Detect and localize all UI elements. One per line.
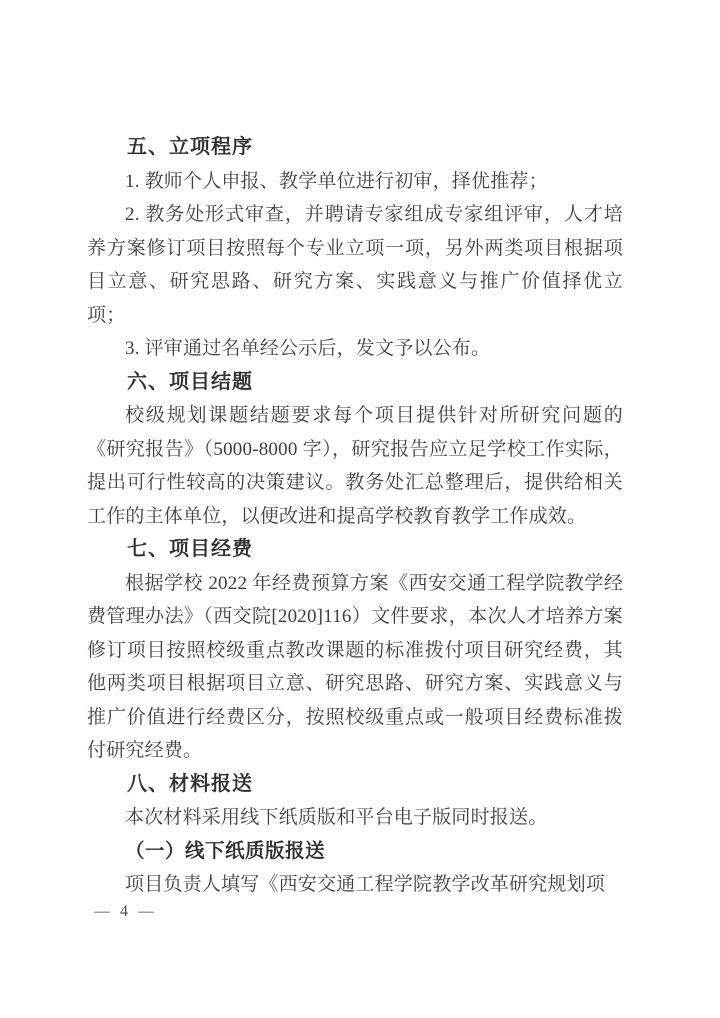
paragraph-approval-step-2: 2. 教务处形式审查，并聘请专家组成专家组评审，人才培养方案修订项目按照每个专业…: [87, 198, 623, 332]
paragraph-submission-overview: 本次材料采用线下纸质版和平台电子版同时报送。: [87, 801, 623, 835]
paragraph-approval-step-1: 1. 教师个人申报、教学单位进行初审，择优推荐；: [87, 165, 623, 199]
paragraph-conclusion-requirements: 校级规划课题结题要求每个项目提供针对所研究问题的《研究报告》（5000-8000…: [87, 399, 623, 533]
section-heading-project-approval-procedure: 五、立项程序: [87, 131, 623, 165]
section-heading-project-funding: 七、项目经费: [87, 533, 623, 567]
document-body: 五、立项程序 1. 教师个人申报、教学单位进行初审，择优推荐； 2. 教务处形式…: [87, 131, 623, 902]
page-footer: — 4 —: [94, 901, 157, 923]
section-heading-project-conclusion: 六、项目结题: [87, 366, 623, 400]
paragraph-funding-details: 根据学校 2022 年经费预算方案《西安交通工程学院教学经费管理办法》（西交院[…: [87, 567, 623, 768]
page-number: — 4 —: [94, 903, 157, 920]
paragraph-offline-submission-intro: 项目负责人填写《西安交通工程学院教学改革研究规划项: [87, 868, 623, 902]
document-page: 五、立项程序 1. 教师个人申报、教学单位进行初审，择优推荐； 2. 教务处形式…: [0, 0, 720, 1018]
paragraph-approval-step-3: 3. 评审通过名单经公示后，发文予以公布。: [87, 332, 623, 366]
section-heading-material-submission: 八、材料报送: [87, 768, 623, 802]
subsection-heading-offline-paper-submission: （一）线下纸质版报送: [87, 835, 623, 869]
